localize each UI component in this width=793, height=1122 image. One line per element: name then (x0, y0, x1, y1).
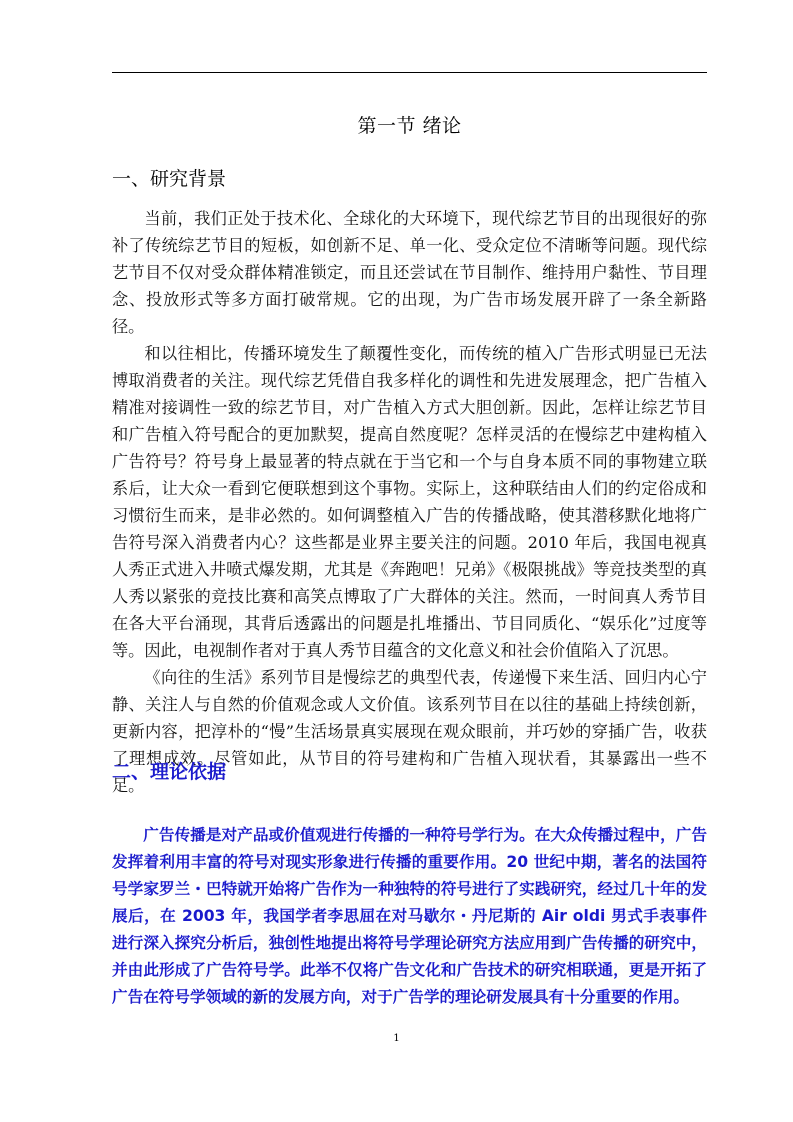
section-body-theory: 广告传播是对产品或价值观进行传播的一种符号学行为。在大众传播过程中，广告发挥着利… (112, 822, 707, 1011)
paragraph: 和以往相比，传播环境发生了颠覆性变化，而传统的植入广告形式明显已无法博取消费者的… (112, 340, 707, 664)
section-heading-background: 一、研究背景 (112, 164, 226, 191)
document-page: 第一节 绪论 一、研究背景 当前，我们正处于技术化、全球化的大环境下，现代综艺节… (0, 0, 793, 1122)
section-body-background: 当前，我们正处于技术化、全球化的大环境下，现代综艺节目的出现很好的弥补了传统综艺… (112, 205, 707, 799)
paragraph-highlighted: 广告传播是对产品或价值观进行传播的一种符号学行为。在大众传播过程中，广告发挥着利… (112, 822, 707, 1011)
paragraph: 当前，我们正处于技术化、全球化的大环境下，现代综艺节目的出现很好的弥补了传统综艺… (112, 205, 707, 340)
header-rule (112, 72, 707, 73)
page-number: 1 (0, 1033, 793, 1044)
chapter-title: 第一节 绪论 (112, 111, 707, 138)
section-heading-theory: 二、理论依据 (112, 757, 226, 784)
